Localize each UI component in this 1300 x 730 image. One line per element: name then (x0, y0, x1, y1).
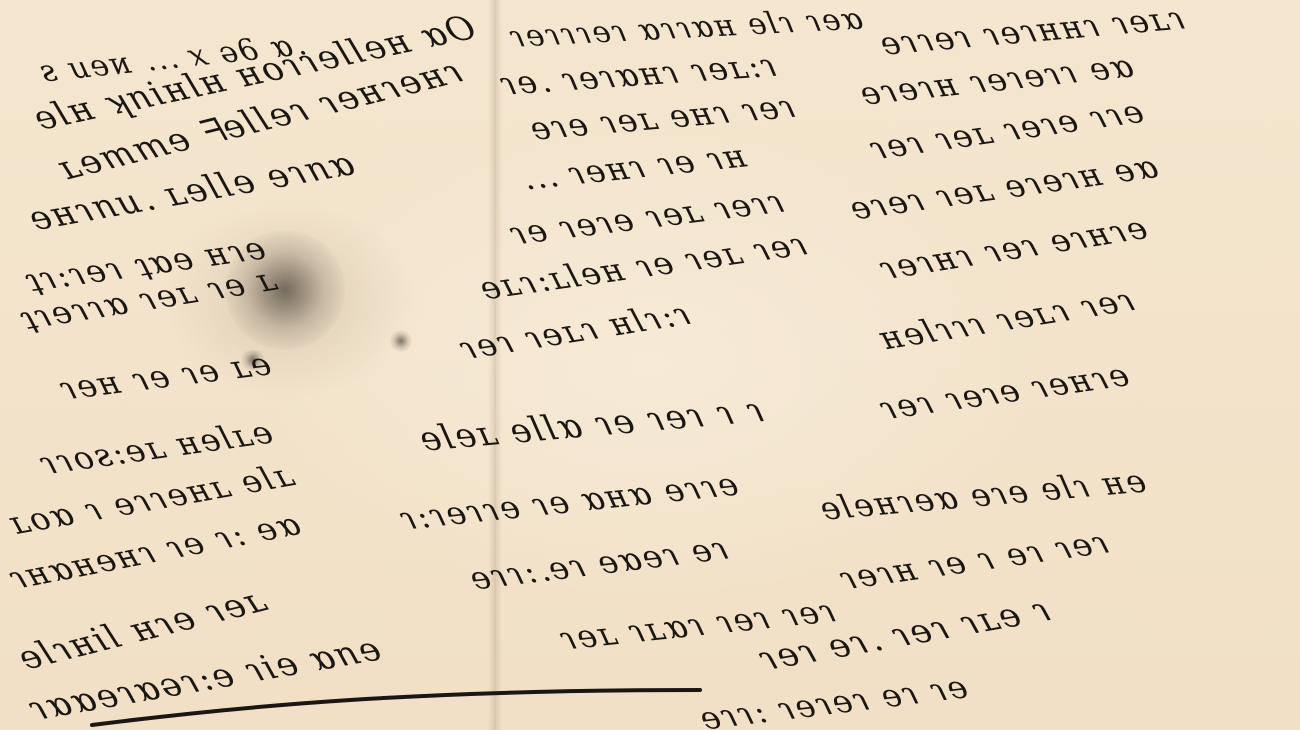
handwritten-letter-page: ƨ uɘᴎ ... x ǝ6 ɒ. ɘlʜ ʞniʜlʜ ʜoɿɿɘllɘʜ ɒ… (0, 0, 1300, 730)
bottom-underline-stroke (0, 0, 1300, 730)
